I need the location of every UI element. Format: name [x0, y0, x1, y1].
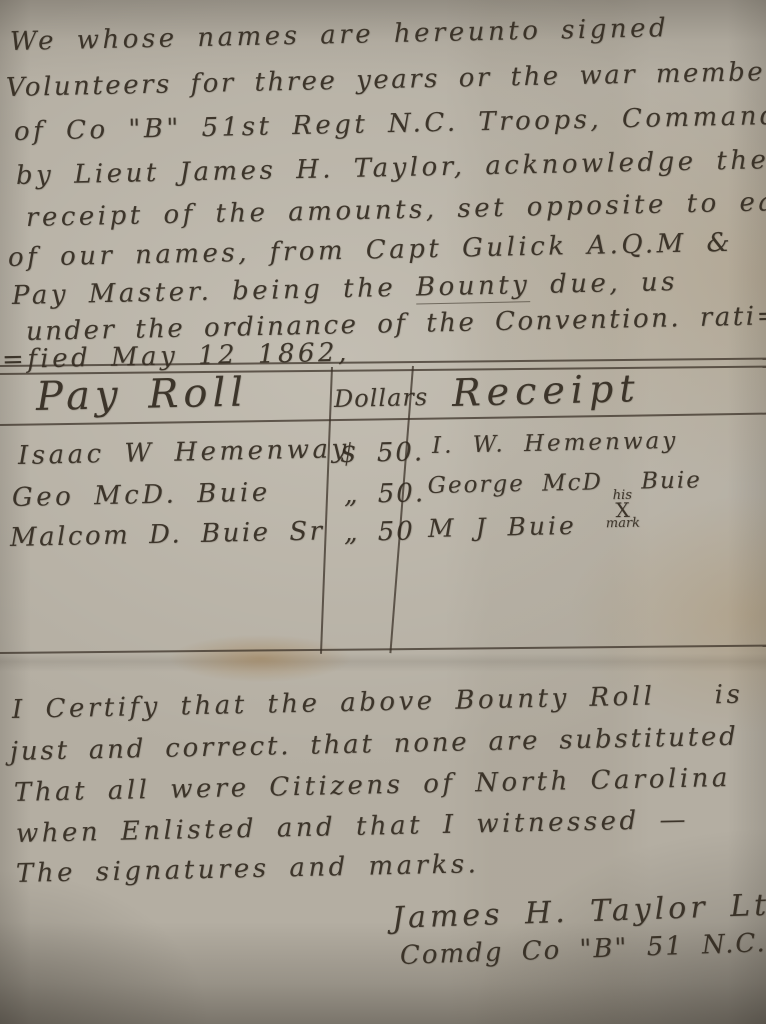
column-header-payroll: Pay Roll	[35, 368, 248, 422]
document-page: We whose names are hereunto signed Volun…	[0, 0, 766, 1024]
payroll-row-amount: $ 50.	[340, 436, 425, 470]
table-border-bottom	[0, 645, 766, 654]
bounty-underlined-word: Bounty	[416, 270, 531, 304]
payroll-row-amount: „ 50	[344, 516, 415, 550]
intro-line: of Co "B" 51st Regt N.C. Troops, Command…	[14, 99, 766, 148]
payroll-row-name: Geo McD. Buie	[12, 477, 271, 515]
intro-line: by Lieut James H. Taylor, acknowledge th…	[16, 144, 766, 192]
mark-label: mark	[606, 518, 640, 531]
table-column-divider-dollars	[320, 367, 333, 654]
receipt-name-before-mark: George McD	[427, 469, 603, 499]
his-x-mark: hisXmark	[605, 490, 640, 531]
certification-line: The signatures and marks.	[16, 848, 480, 890]
column-header-dollars: Dollars	[334, 382, 429, 414]
intro-line: receipt of the amounts, set opposite to …	[26, 185, 766, 234]
receipt-name-after-mark: Buie	[641, 467, 702, 494]
intro-line-pre: Pay Master. being the	[12, 273, 417, 311]
payroll-row-receipt-signature: M J Buie	[428, 510, 577, 544]
payroll-row-name: Malcom D. Buie Sr	[10, 515, 325, 554]
payroll-row-receipt-signature: I. W. Hemenway	[432, 427, 679, 461]
intro-line: Volunteers for three years or the war me…	[6, 55, 766, 104]
column-header-receipt: Receipt	[451, 365, 641, 417]
payroll-row-amount: „ 50.	[344, 477, 426, 511]
intro-line: We whose names are hereunto signed	[10, 12, 670, 58]
certification-line: just and correct. that none are substitu…	[10, 721, 739, 769]
intro-line-post: due, us	[530, 267, 678, 300]
certification-line: when Enlisted and that I witnessed —	[16, 804, 690, 851]
certification-line: I Certify that the above Bounty Roll is	[12, 679, 744, 727]
certification-line: That all were Citizens of North Carolina	[14, 762, 732, 810]
payroll-row-name: Isaac W Hemenway	[18, 433, 350, 472]
